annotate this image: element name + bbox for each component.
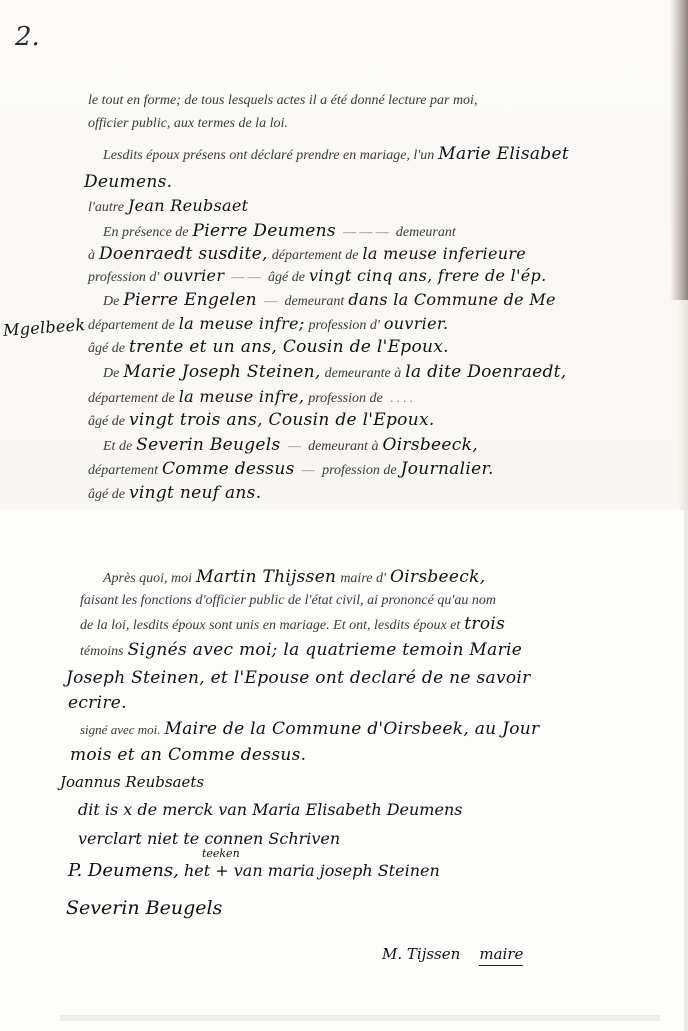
witness-3-profession-label: profession de	[308, 391, 383, 406]
witness-1-residence: Doenraedt susdite,	[99, 244, 268, 264]
union-line: de la loi, lesdits époux sont unis en ma…	[80, 614, 505, 634]
dash-filler: —	[299, 462, 319, 477]
witness-3-age-label: âgé de	[88, 414, 125, 429]
witness-3-dept-label: département de	[88, 391, 175, 406]
signature-deumens: P. Deumens,	[68, 860, 179, 881]
signed-with-me-line: signé avec moi. Maire de la Commune d'Oi…	[80, 719, 539, 739]
witness-4-name-line: Et de Severin Beugels — demeurant à Oirs…	[103, 435, 478, 455]
signature-groom: Joannus Reubsaets	[60, 773, 204, 791]
page-edge-right	[684, 510, 688, 1031]
witness-2-name-line: De Pierre Engelen — demeurant dans la Co…	[103, 290, 556, 310]
printed-line-1: le tout en forme; de tous lesquels actes…	[88, 93, 477, 109]
printed-line-2: officier public, aux termes de la loi.	[88, 116, 288, 132]
witness-4-age-line: âgé de vingt neuf ans.	[88, 483, 261, 503]
dash-filler: —	[285, 438, 305, 453]
witness-1-age: vingt cinq ans, frere de l'ép.	[309, 266, 547, 285]
signature-mayor: M. Tijssen maire	[382, 945, 523, 963]
dash-filler: . . . .	[387, 390, 413, 405]
mayor-signature-title: maire	[479, 945, 523, 966]
witness-4-intro: Et de	[103, 439, 132, 454]
signature-steinen-text: het + van maria joseph Steinen	[184, 861, 440, 880]
witness-count: trois	[464, 614, 505, 634]
witness-4-demeurant: demeurant à	[308, 439, 378, 454]
signature-cannot-write: verclart niet te connen Schriven	[78, 829, 340, 848]
mayor-signature-name: M. Tijssen	[382, 945, 460, 963]
witness-3-name-line: De Marie Joseph Steinen, demeurante à la…	[103, 362, 567, 382]
witness-2-age-line: âgé de trente et un ans, Cousin de l'Epo…	[88, 337, 449, 357]
cannot-write-line: Joseph Steinen, et l'Epouse ont declaré …	[66, 668, 531, 688]
witness-3-demeurant: demeurante à	[325, 366, 402, 381]
witness-3-name: Marie Joseph Steinen,	[123, 362, 320, 382]
signature-witness-deumens-steinen: P. Deumens, teeken het + van maria josep…	[68, 860, 440, 881]
signed-statement: Signés avec moi; la quatrieme temoin Mar…	[128, 640, 523, 660]
groom-printed: l'autre	[88, 200, 124, 215]
ecrire-line: ecrire.	[68, 693, 127, 713]
signature-bride-mark: dit is x de merck van Maria Elisabeth De…	[78, 800, 462, 819]
witness-2-residence: dans la Commune de Me	[348, 290, 555, 309]
mayor-line: Après quoi, moi Martin Thijssen maire d'…	[103, 567, 485, 587]
marriage-printed: Lesdits époux présens ont déclaré prendr…	[103, 148, 434, 163]
witness-2-dept-label: département de	[88, 318, 175, 333]
witness-2-dept: la meuse infre;	[179, 314, 305, 333]
witness-1-profession: ouvrier	[163, 266, 224, 285]
mayor-name: Martin Thijssen	[196, 567, 336, 587]
maire-label: maire d'	[340, 571, 386, 586]
witness-1-residence-line: à Doenraedt susdite, département de la m…	[88, 244, 526, 264]
page-edge-shadow-lower	[678, 300, 688, 510]
witness-3-intro: De	[103, 366, 119, 381]
marriage-line: Lesdits époux présens ont déclaré prendr…	[103, 144, 569, 164]
signe-label: signé avec moi.	[80, 722, 161, 737]
witness-3-dept-line: département de la meuse infre, professio…	[88, 387, 413, 407]
witness-2-profession: ouvrier.	[384, 314, 449, 333]
mayor-commune-statement: Maire de la Commune d'Oirsbeek, au Jour	[165, 719, 540, 739]
witness-4-residence: Oirsbeeck,	[382, 435, 477, 455]
page-number: 2.	[15, 22, 40, 52]
page-bottom-band	[60, 1015, 660, 1021]
dash-filler: — —	[228, 269, 264, 284]
witness-1-a: à	[88, 248, 95, 263]
witness-1-age-label: âgé de	[268, 270, 305, 285]
witness-4-age-label: âgé de	[88, 487, 125, 502]
bride-surname: Deumens.	[84, 172, 172, 192]
union-printed: de la loi, lesdits époux sont unis en ma…	[80, 618, 460, 633]
witness-1-dept-label: département de	[272, 248, 359, 263]
signature-beugels: Severin Beugels	[66, 897, 222, 919]
groom-name: Jean Reubsaet	[128, 196, 248, 215]
witness-2-name: Pierre Engelen	[123, 290, 257, 310]
signature-steinen-mark: teeken het + van maria joseph Steinen	[184, 861, 440, 880]
temoins-label: témoins	[80, 644, 124, 659]
witness-4-name: Severin Beugels	[136, 435, 280, 455]
witness-3-dept: la meuse infre,	[179, 387, 305, 406]
witness-2-age-label: âgé de	[88, 341, 125, 356]
witness-4-dept: Comme dessus	[162, 459, 295, 479]
document-page: 2. le tout en forme; de tous lesquels ac…	[0, 0, 688, 1031]
witness-4-profession-label: profession de	[322, 463, 397, 478]
witness-1-intro: En présence de	[103, 225, 189, 240]
witness-3-age-line: âgé de vingt trois ans, Cousin de l'Epou…	[88, 410, 435, 430]
witness-3-residence: la dite Doenraedt,	[405, 362, 566, 382]
witness-1-name-line: En présence de Pierre Deumens — — — deme…	[103, 221, 456, 241]
witness-1-name: Pierre Deumens	[193, 221, 336, 241]
commune-name: Oirsbeeck,	[390, 567, 485, 587]
witness-2-profession-label: profession d'	[309, 318, 380, 333]
witness-2-dept-line: département de la meuse infre; professio…	[88, 314, 448, 334]
witnesses-signed-line: témoins Signés avec moi; la quatrieme te…	[80, 640, 522, 660]
witness-1-demeurant: demeurant	[396, 225, 456, 240]
witness-2-intro: De	[103, 294, 119, 309]
witness-3-age: vingt trois ans, Cousin de l'Epoux.	[129, 410, 435, 430]
dash-filler: —	[261, 293, 281, 308]
date-as-above-line: mois et an Comme dessus.	[70, 745, 306, 765]
witness-2-demeurant: demeurant	[284, 294, 344, 309]
witness-4-dept-label: département	[88, 463, 158, 478]
after-which-label: Après quoi, moi	[103, 571, 192, 586]
groom-line: l'autre Jean Reubsaet	[88, 196, 248, 216]
witness-1-profession-label: profession d'	[88, 270, 159, 285]
witness-4-dept-line: département Comme dessus — profession de…	[88, 459, 494, 479]
printed-line-officer: faisant les fonctions d'officier public …	[80, 593, 496, 609]
witness-4-age: vingt neuf ans.	[129, 483, 261, 503]
page-edge-shadow	[670, 0, 688, 300]
signature-teeken-superscript: teeken	[202, 847, 240, 860]
witness-2-age: trente et un ans, Cousin de l'Epoux.	[129, 337, 449, 357]
dash-filler: — — —	[340, 224, 392, 239]
witness-1-profession-line: profession d' ouvrier — — âgé de vingt c…	[88, 266, 546, 286]
bride-name-part1: Marie Elisabet	[438, 144, 569, 164]
witness-4-profession: Journalier.	[401, 459, 494, 479]
witness-1-dept: la meuse inferieure	[362, 244, 526, 263]
